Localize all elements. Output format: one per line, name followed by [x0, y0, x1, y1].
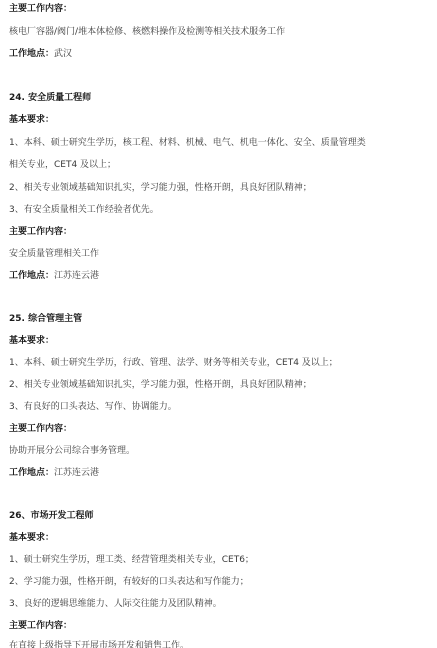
job-title: 25. 综合管理主管 — [9, 313, 82, 325]
job-title: 26、市场开发工程师 — [9, 510, 94, 522]
duties-text: 核电厂容器/阀门/堆本体检修、核燃料操作及检测等相关技术服务工作 — [9, 26, 285, 38]
location-value: 江苏连云港 — [54, 468, 99, 478]
requirement-item: 1、硕士研究生学历，理工类、经营管理类相关专业，CET6； — [9, 554, 254, 566]
duties-heading: 主要工作内容： — [9, 620, 72, 632]
job-title: 24. 安全质量工程师 — [9, 92, 91, 104]
location-line: 工作地点：武汉 — [9, 48, 72, 60]
requirement-item: 3、有良好的口头表达、写作、协调能力。 — [9, 401, 177, 413]
location-line: 工作地点：江苏连云港 — [9, 467, 99, 479]
location-label: 工作地点： — [9, 468, 54, 478]
requirement-item: 1、本科、硕士研究生学历，核工程、材料、机械、电气、机电一体化、安全、质量管理类 — [9, 137, 366, 149]
location-label: 工作地点： — [9, 271, 54, 281]
requirement-item: 2、相关专业领域基础知识扎实，学习能力强，性格开朗，具良好团队精神； — [9, 182, 312, 194]
requirement-item: 相关专业，CET4 及以上； — [9, 159, 116, 171]
duties-heading: 主要工作内容： — [9, 423, 72, 435]
location-value: 江苏连云港 — [54, 271, 99, 281]
location-label: 工作地点： — [9, 49, 54, 59]
duties-text: 协助开展分公司综合事务管理。 — [9, 445, 135, 457]
requirement-item: 1、本科、硕士研究生学历，行政、管理、法学、财务等相关专业，CET4 及以上； — [9, 357, 338, 369]
duties-text: 在直接上级指导下开展市场开发和销售工作。 — [9, 640, 189, 648]
requirement-item: 3、有安全质量相关工作经验者优先。 — [9, 204, 159, 216]
requirements-heading: 基本要求： — [9, 532, 54, 544]
location-line: 工作地点：江苏连云港 — [9, 270, 99, 282]
requirement-item: 2、学习能力强，性格开朗，有较好的口头表达和写作能力； — [9, 576, 249, 588]
duties-text: 安全质量管理相关工作 — [9, 248, 99, 260]
requirements-heading: 基本要求： — [9, 114, 54, 126]
duties-heading: 主要工作内容： — [9, 3, 72, 15]
duties-heading: 主要工作内容： — [9, 226, 72, 238]
requirement-item: 2、相关专业领域基础知识扎实，学习能力强，性格开朗，具良好团队精神； — [9, 379, 312, 391]
requirements-heading: 基本要求： — [9, 335, 54, 347]
location-value: 武汉 — [54, 49, 72, 59]
requirement-item: 3、良好的逻辑思维能力、人际交往能力及团队精神。 — [9, 598, 222, 610]
